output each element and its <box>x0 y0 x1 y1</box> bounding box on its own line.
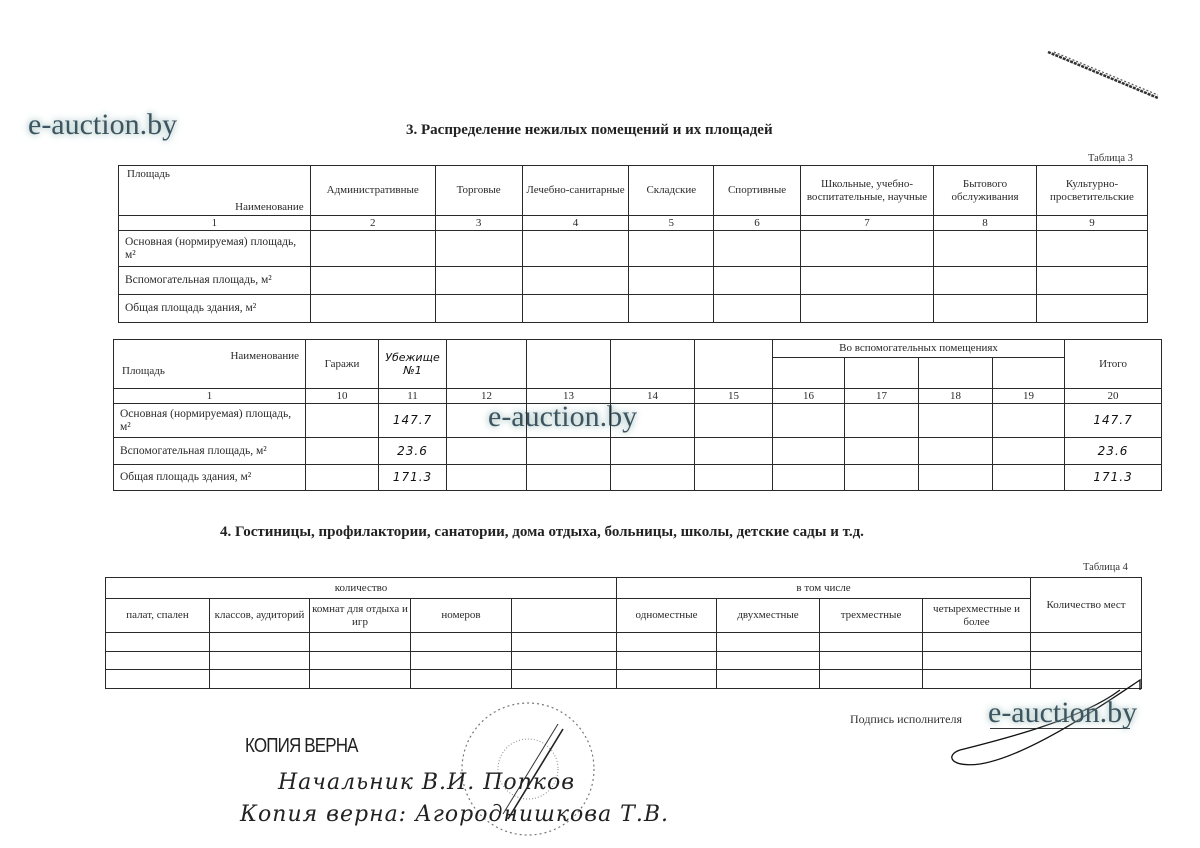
cell <box>773 438 845 465</box>
col-header: номеров <box>411 599 512 633</box>
col-header: Количество мест <box>1031 578 1142 633</box>
col-header-total: Итого <box>1065 340 1162 389</box>
section4-title: 4. Гостиницы, профилактории, санатории, … <box>220 524 864 541</box>
cell <box>714 267 801 295</box>
cell <box>447 465 527 491</box>
cell <box>695 465 773 491</box>
table-3a: НаименованиеПлощадь Административные Тор… <box>118 165 1148 323</box>
cell-total: 147.7 <box>1065 404 1162 438</box>
table-row: Вспомогательная площадь, м² 23.6 23.6 <box>114 438 1162 465</box>
cell <box>800 295 933 323</box>
col-header <box>611 340 695 389</box>
cell <box>773 465 845 491</box>
cell <box>695 438 773 465</box>
cell-garages <box>306 404 379 438</box>
table-row <box>106 633 1142 652</box>
cell <box>435 267 522 295</box>
cell <box>1036 267 1147 295</box>
cell <box>714 231 801 267</box>
cell <box>845 404 919 438</box>
col-header: одноместные <box>617 599 717 633</box>
cell <box>611 404 695 438</box>
col-header: палат, спален <box>106 599 210 633</box>
cell <box>845 438 919 465</box>
cell <box>447 438 527 465</box>
cell <box>993 404 1065 438</box>
cell <box>629 295 714 323</box>
cell <box>934 231 1037 267</box>
col-header: Административные <box>310 166 435 216</box>
col-number: 16 <box>773 389 845 404</box>
col-header: классов, аудиторий <box>210 599 310 633</box>
cell <box>993 438 1065 465</box>
col-header: Культурно-просветительские <box>1036 166 1147 216</box>
cell <box>934 295 1037 323</box>
col-number: 18 <box>919 389 993 404</box>
col-header: Школьные, учебно-воспитательные, научные <box>800 166 933 216</box>
cell <box>845 465 919 491</box>
aux-group-header: Во вспомогательных помещениях <box>773 340 1065 358</box>
col-header: комнат для отдыха и игр <box>310 599 411 633</box>
cell <box>919 438 993 465</box>
cell <box>522 267 629 295</box>
table-row: Основная (нормируемая) площадь, м² <box>119 231 1148 267</box>
col-header <box>512 599 617 633</box>
row-label: Общая площадь здания, м² <box>114 465 306 491</box>
col-header: Торговые <box>435 166 522 216</box>
cell <box>310 231 435 267</box>
handwritten-line-1: Начальник В.И. Попков <box>278 770 575 795</box>
row-label: Вспомогательная площадь, м² <box>119 267 311 295</box>
col-number: 13 <box>527 389 611 404</box>
row-label: Вспомогательная площадь, м² <box>114 438 306 465</box>
handwritten-line-2: Копия верна: Агороднишкова Т.В. <box>240 802 669 827</box>
cell-total: 171.3 <box>1065 465 1162 491</box>
row-label: Общая площадь здания, м² <box>119 295 311 323</box>
table-row: Общая площадь здания, м² <box>119 295 1148 323</box>
col-header: Бытового обслуживания <box>934 166 1037 216</box>
cell-shelter: 147.7 <box>379 404 447 438</box>
cell <box>919 404 993 438</box>
col-header: Складские <box>629 166 714 216</box>
cell <box>522 231 629 267</box>
col-number: 19 <box>993 389 1065 404</box>
col-number: 6 <box>714 216 801 231</box>
cell <box>435 295 522 323</box>
col-header: трехместные <box>820 599 923 633</box>
cell <box>714 295 801 323</box>
table-3b: НаименованиеПлощадь Гаражи Убежище №1 Во… <box>113 339 1162 491</box>
col-number: 1 <box>114 389 306 404</box>
cell-shelter: 171.3 <box>379 465 447 491</box>
col-number: 20 <box>1065 389 1162 404</box>
scan-artifact-icon <box>1040 40 1170 110</box>
col-header <box>527 340 611 389</box>
table3-label: Таблица 3 <box>1088 153 1133 164</box>
col-header-shelter: Убежище №1 <box>379 340 447 389</box>
cell <box>522 295 629 323</box>
col-header <box>845 358 919 389</box>
watermark: e-auction.by <box>988 696 1137 730</box>
col-header <box>919 358 993 389</box>
cell <box>447 404 527 438</box>
cell <box>527 465 611 491</box>
col-number: 8 <box>934 216 1037 231</box>
cell <box>527 404 611 438</box>
col-number: 17 <box>845 389 919 404</box>
col-number: 1 <box>119 216 311 231</box>
col-number: 3 <box>435 216 522 231</box>
col-number: 14 <box>611 389 695 404</box>
col-header: двухместные <box>717 599 820 633</box>
group-header-including: в том числе <box>617 578 1031 599</box>
cell <box>629 267 714 295</box>
col-header <box>993 358 1065 389</box>
cell-garages <box>306 465 379 491</box>
cell <box>611 465 695 491</box>
cell <box>435 231 522 267</box>
cell <box>310 267 435 295</box>
table-row: Общая площадь здания, м² 171.3 171.3 <box>114 465 1162 491</box>
cell-garages <box>306 438 379 465</box>
cell <box>629 231 714 267</box>
cell <box>773 404 845 438</box>
copy-stamp: КОПИЯ ВЕРНА <box>245 735 358 758</box>
cell <box>800 231 933 267</box>
col-header <box>773 358 845 389</box>
group-header-quantity: количество <box>106 578 617 599</box>
cell <box>993 465 1065 491</box>
section3-title: 3. Распределение нежилых помещений и их … <box>406 122 773 139</box>
cell <box>1036 295 1147 323</box>
col-number: 11 <box>379 389 447 404</box>
row-label: Основная (нормируемая) площадь, м² <box>119 231 311 267</box>
col-header: Спортивные <box>714 166 801 216</box>
col-header <box>695 340 773 389</box>
col-number: 5 <box>629 216 714 231</box>
col-header: четырехместные и более <box>923 599 1031 633</box>
cell <box>1036 231 1147 267</box>
cell <box>934 267 1037 295</box>
col-number: 15 <box>695 389 773 404</box>
cell <box>611 438 695 465</box>
table-row: Основная (нормируемая) площадь, м² 147.7… <box>114 404 1162 438</box>
cell <box>527 438 611 465</box>
table-row: Вспомогательная площадь, м² <box>119 267 1148 295</box>
cell-shelter: 23.6 <box>379 438 447 465</box>
col-number: 7 <box>800 216 933 231</box>
watermark: e-auction.by <box>28 108 177 142</box>
cell <box>695 404 773 438</box>
col-number: 9 <box>1036 216 1147 231</box>
corner-header: НаименованиеПлощадь <box>119 166 311 216</box>
corner-header: НаименованиеПлощадь <box>114 340 306 389</box>
cell-total: 23.6 <box>1065 438 1162 465</box>
col-number: 10 <box>306 389 379 404</box>
row-label: Основная (нормируемая) площадь, м² <box>114 404 306 438</box>
cell <box>800 267 933 295</box>
col-header <box>447 340 527 389</box>
table4-label: Таблица 4 <box>1083 562 1128 573</box>
col-number: 12 <box>447 389 527 404</box>
cell <box>310 295 435 323</box>
cell <box>919 465 993 491</box>
col-number: 4 <box>522 216 629 231</box>
col-number: 2 <box>310 216 435 231</box>
col-header-garages: Гаражи <box>306 340 379 389</box>
col-header: Лечебно-санитарные <box>522 166 629 216</box>
